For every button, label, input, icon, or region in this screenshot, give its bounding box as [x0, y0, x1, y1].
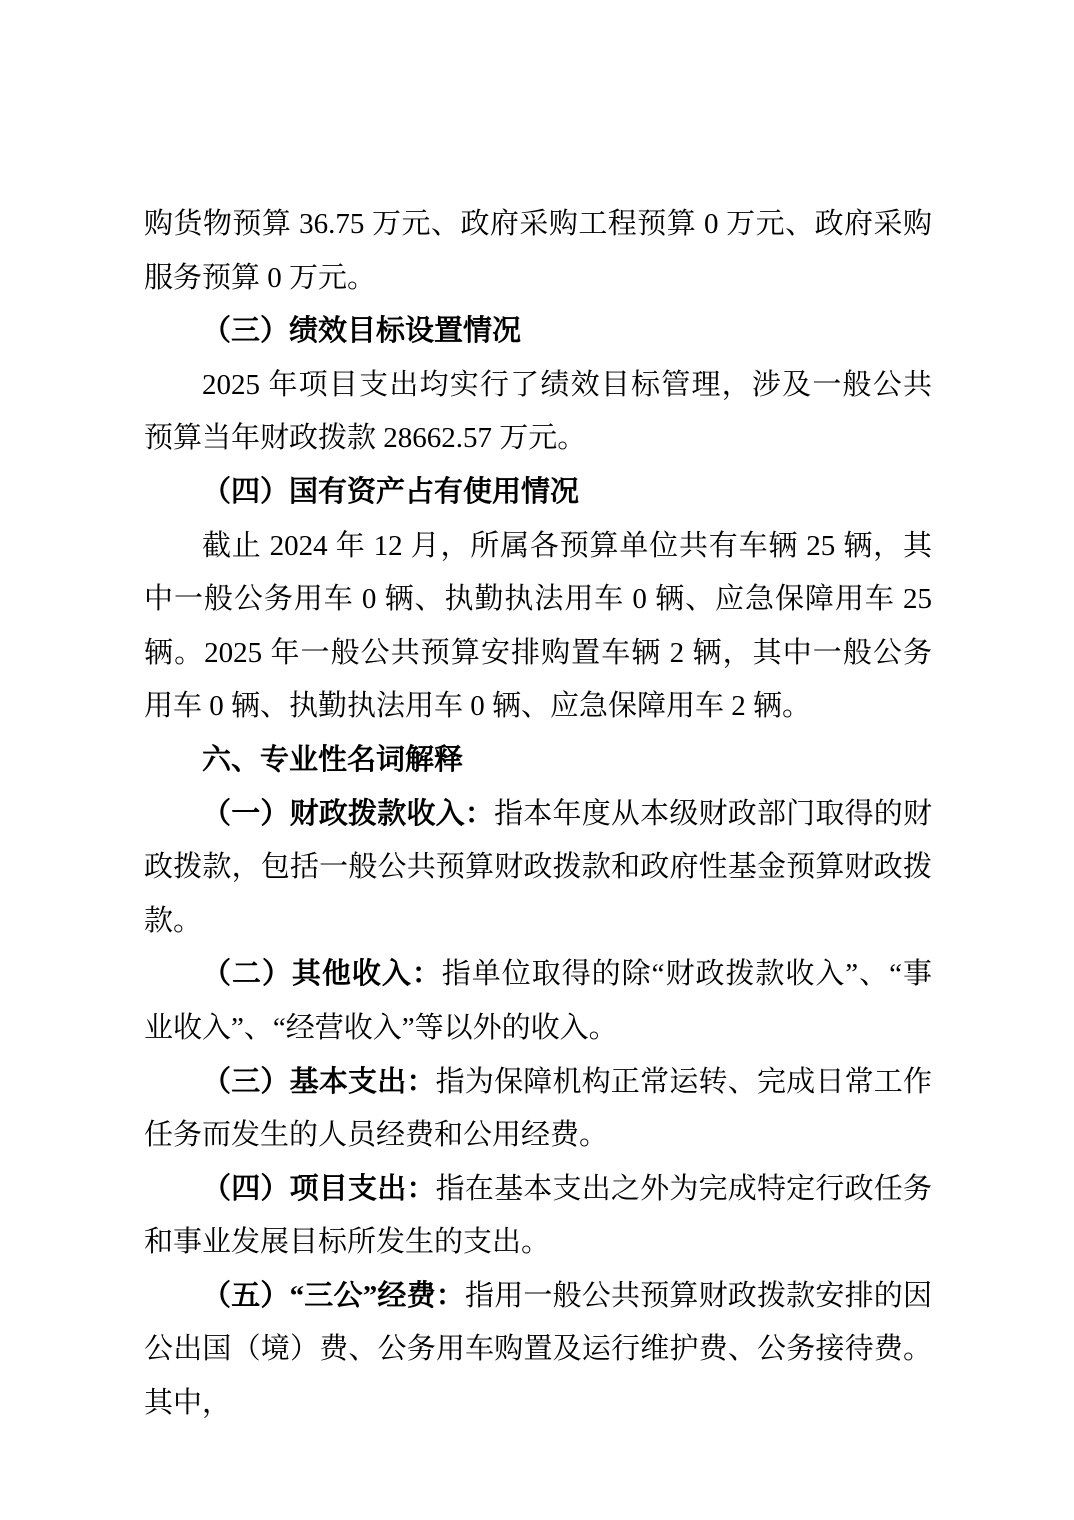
definition-term-fiscal-appropriation-income: （一）财政拨款收入：	[202, 798, 494, 830]
definition-term-three-public-funds: （五）“三公”经费：	[202, 1280, 465, 1312]
heading-terminology: 六、专业性名词解释	[144, 734, 932, 788]
document-content: 购货物预算 36.75 万元、政府采购工程预算 0 万元、政府采购服务预算 0 …	[144, 198, 932, 1431]
paragraph-definition-project-expenditure: （四）项目支出：指在基本支出之外为完成特定行政任务和事业发展目标所发生的支出。	[144, 1163, 932, 1270]
paragraph-state-assets: 截止 2024 年 12 月，所属各预算单位共有车辆 25 辆，其中一般公务用车…	[144, 520, 932, 734]
heading-performance-targets: （三）绩效目标设置情况	[144, 305, 932, 359]
paragraph-procurement-continuation: 购货物预算 36.75 万元、政府采购工程预算 0 万元、政府采购服务预算 0 …	[144, 198, 932, 305]
paragraph-performance-targets: 2025 年项目支出均实行了绩效目标管理，涉及一般公共预算当年财政拨款 2866…	[144, 359, 932, 466]
paragraph-definition-fiscal-appropriation-income: （一）财政拨款收入：指本年度从本级财政部门取得的财政拨款，包括一般公共预算财政拨…	[144, 788, 932, 949]
definition-term-basic-expenditure: （三）基本支出：	[202, 1066, 436, 1098]
definition-term-project-expenditure: （四）项目支出：	[202, 1173, 436, 1205]
heading-state-assets: （四）国有资产占有使用情况	[144, 466, 932, 520]
paragraph-definition-three-public-funds: （五）“三公”经费：指用一般公共预算财政拨款安排的因公出国（境）费、公务用车购置…	[144, 1270, 932, 1431]
definition-term-other-income: （二）其他收入：	[202, 958, 442, 990]
paragraph-definition-other-income: （二）其他收入：指单位取得的除“财政拨款收入”、“事业收入”、“经营收入”等以外…	[144, 948, 932, 1055]
paragraph-definition-basic-expenditure: （三）基本支出：指为保障机构正常运转、完成日常工作任务而发生的人员经费和公用经费…	[144, 1056, 932, 1163]
document-page: 购货物预算 36.75 万元、政府采购工程预算 0 万元、政府采购服务预算 0 …	[0, 0, 1074, 1520]
